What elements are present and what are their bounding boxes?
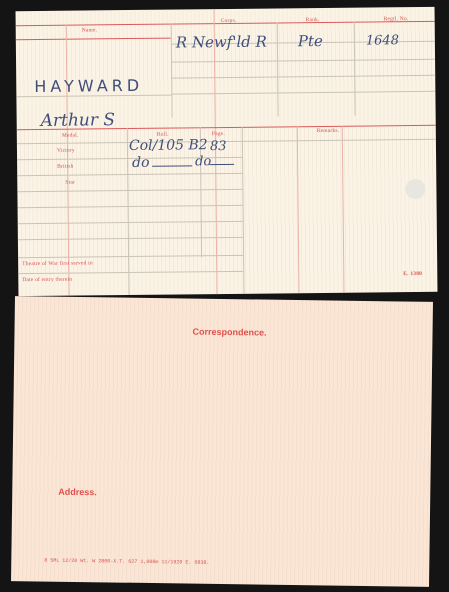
- medal-row-rule-6: [18, 237, 243, 240]
- medal-row-rule-4: [18, 205, 243, 208]
- regtl-no-value: 1648: [366, 33, 399, 48]
- medal-card-front: Name. Corps. Rank. Regtl. No. R Newf'ld …: [16, 7, 438, 296]
- page-value: 83: [210, 139, 227, 154]
- corps-col-line: [171, 24, 173, 118]
- roll-value: do: [132, 155, 150, 171]
- print-line: 8 5ML 12/20 Wt. W 2800-X.T. 627 1,000m 1…: [44, 558, 209, 566]
- medal-name: Star: [65, 180, 75, 186]
- medal-header: Medal.: [62, 133, 79, 139]
- medal-name: Victory: [57, 148, 75, 154]
- medal-row-rule-2: [17, 173, 242, 176]
- medal-row-victory: Victory Col/105 B2 83: [16, 7, 435, 11]
- ditto-stroke: [209, 164, 234, 165]
- medal-row-rule-3: [17, 189, 242, 192]
- medal-row-rule-5: [18, 221, 243, 224]
- form-code: E. 1380: [403, 271, 422, 277]
- medal-row-star: Star: [16, 7, 435, 11]
- corps-value: R Newf'ld R: [176, 33, 267, 52]
- page-header: Page.: [212, 131, 225, 137]
- regtl-no-header: Regtl. No.: [384, 16, 409, 22]
- correspondence-label: Correspondence.: [192, 327, 266, 338]
- remarks-header-rule: [242, 139, 436, 142]
- rank-col-line: [277, 22, 279, 116]
- rank-value: Pte: [298, 32, 323, 50]
- theatre-label: Theatre of War first served in: [22, 260, 93, 267]
- remarks-col-line: [242, 127, 245, 294]
- address-label: Address.: [58, 487, 97, 498]
- remarks-line-2: [342, 126, 345, 293]
- medal-row-rule-7: [18, 255, 243, 258]
- rank-header: Rank.: [306, 17, 320, 23]
- medal-card-back: Correspondence. Address. 8 5ML 12/20 Wt.…: [11, 296, 433, 587]
- medal-name: British: [57, 164, 73, 170]
- name-header-rule: [16, 38, 171, 41]
- surname-value: HAYWARD: [34, 76, 143, 96]
- ditto-stroke: [152, 165, 192, 166]
- corps-rule-3: [171, 75, 435, 79]
- stamp-mark: [405, 179, 425, 199]
- regtl-col-line: [354, 22, 356, 116]
- page-value: do: [195, 154, 211, 169]
- corps-header: Corps.: [221, 18, 237, 24]
- name-mid-line: [66, 25, 70, 296]
- medal-row-rule-8: [18, 271, 243, 274]
- roll-value: Col/105 B2: [129, 137, 208, 154]
- remarks-line-1: [297, 126, 300, 293]
- corps-rule-2: [171, 59, 435, 63]
- corps-rule-4: [171, 91, 435, 95]
- name-header: Name.: [82, 27, 98, 33]
- medal-row-british: British do do: [16, 7, 435, 11]
- remarks-header: Remarks.: [317, 128, 340, 134]
- date-entry-label: Date of entry therein: [22, 277, 72, 284]
